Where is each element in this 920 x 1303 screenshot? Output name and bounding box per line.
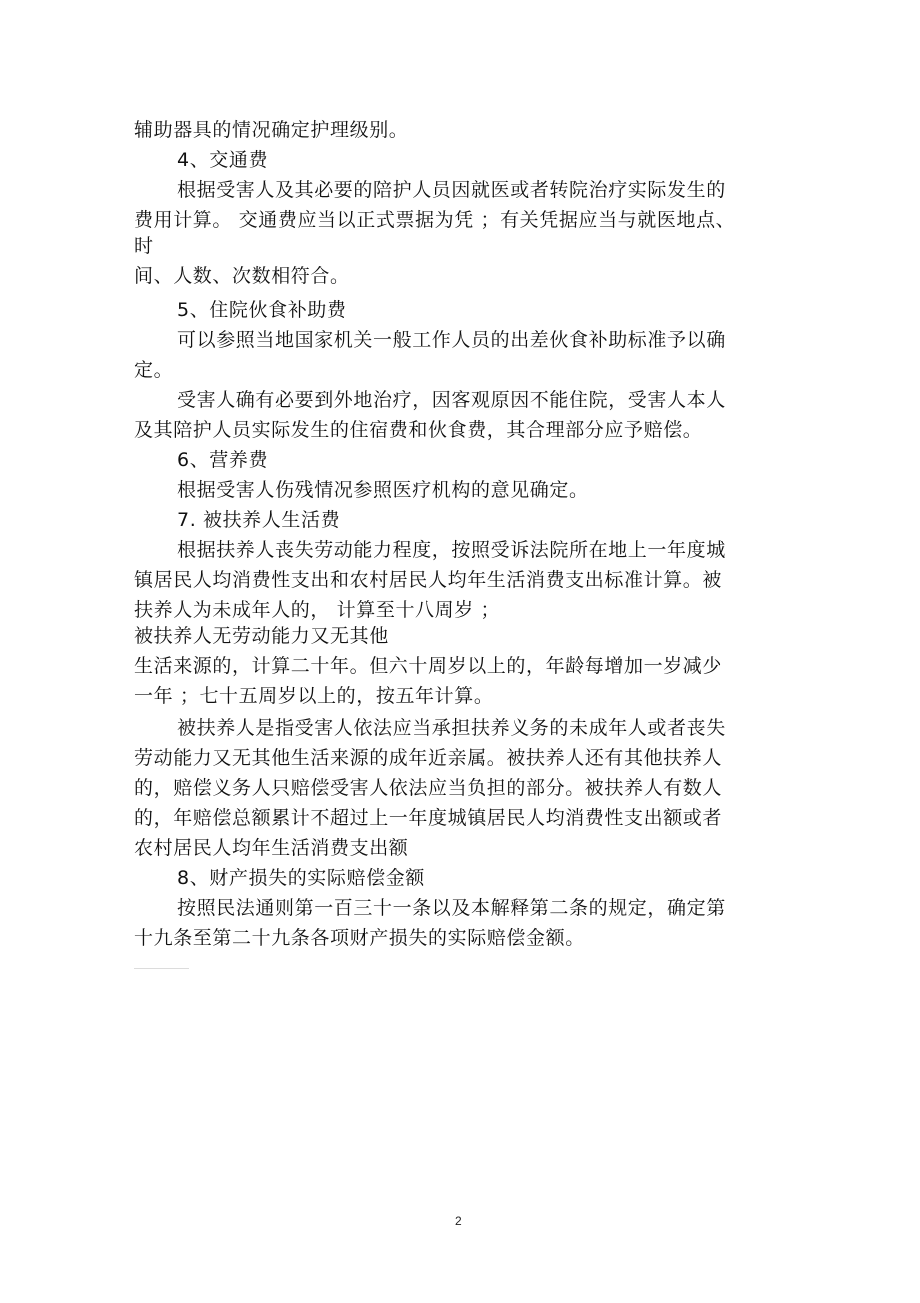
text-line: 根据扶养人丧失劳动能力程度，按照受诉法院所在地上一年度城 [177,538,726,562]
text-line: 被扶养人无劳动能力又无其他 [134,624,389,648]
text-line: 镇居民人均消费性支出和农村居民人均年生活消费支出标准计算。被 [134,568,722,592]
text-line: 的，年赔偿总额累计不超过上一年度城镇居民人均消费性支出额或者 [134,806,722,830]
text-line: 及其陪护人员实际发生的住宿费和伙食费，其合理部分应予赔偿。 [134,418,702,442]
footnote-divider [134,968,189,969]
text-line: 扶养人为未成年人的， 计算至十八周岁 ； [134,598,500,622]
text-line: 6、营养费 [177,448,268,472]
page-number: 2 [455,1214,462,1228]
text-line: 被扶养人是指受害人依法应当承担扶养义务的未成年人或者丧失 [177,716,726,740]
text-line: 间、人数、次数相符合。 [134,264,350,288]
text-line: 费用计算。 交通费应当以正式票据为凭 ；有关凭据应当与就医地点、 [134,208,735,232]
text-line: 7. 被扶养人生活费 [177,508,340,532]
text-line: 5、住院伙食补助费 [177,298,347,322]
text-line: 辅助器具的情况确定护理级别。 [134,118,408,142]
text-line: 4、交通费 [177,148,268,172]
text-line: 定。 [134,358,173,382]
text-line: 按照民法通则第一百三十一条以及本解释第二条的规定，确定第 [177,896,726,920]
text-line: 的，赔偿义务人只赔偿受害人依法应当负担的部分。被扶养人有数人 [134,776,722,800]
text-line: 根据受害人及其必要的陪护人员因就医或者转院治疗实际发生的 [177,178,726,202]
text-line: 十九条至第二十九条各项财产损失的实际赔偿金额。 [134,926,585,950]
text-line: 劳动能力又无其他生活来源的成年近亲属。被扶养人还有其他扶养人 [134,746,722,770]
text-line: 生活来源的，计算二十年。但六十周岁以上的，年龄每增加一岁减少 [134,654,722,678]
text-line: 根据受害人伤残情况参照医疗机构的意见确定。 [177,478,589,502]
text-line: 8、财产损失的实际赔偿金额 [177,866,425,890]
text-line: 农村居民人均年生活消费支出额 [134,836,408,860]
text-line: 可以参照当地国家机关一般工作人员的出差伙食补助标准予以确 [177,328,726,352]
text-line: 受害人确有必要到外地治疗，因客观原因不能住院，受害人本人 [177,388,726,412]
text-line: 一年 ；七十五周岁以上的，按五年计算。 [134,684,493,708]
text-line: 时 [134,234,154,258]
